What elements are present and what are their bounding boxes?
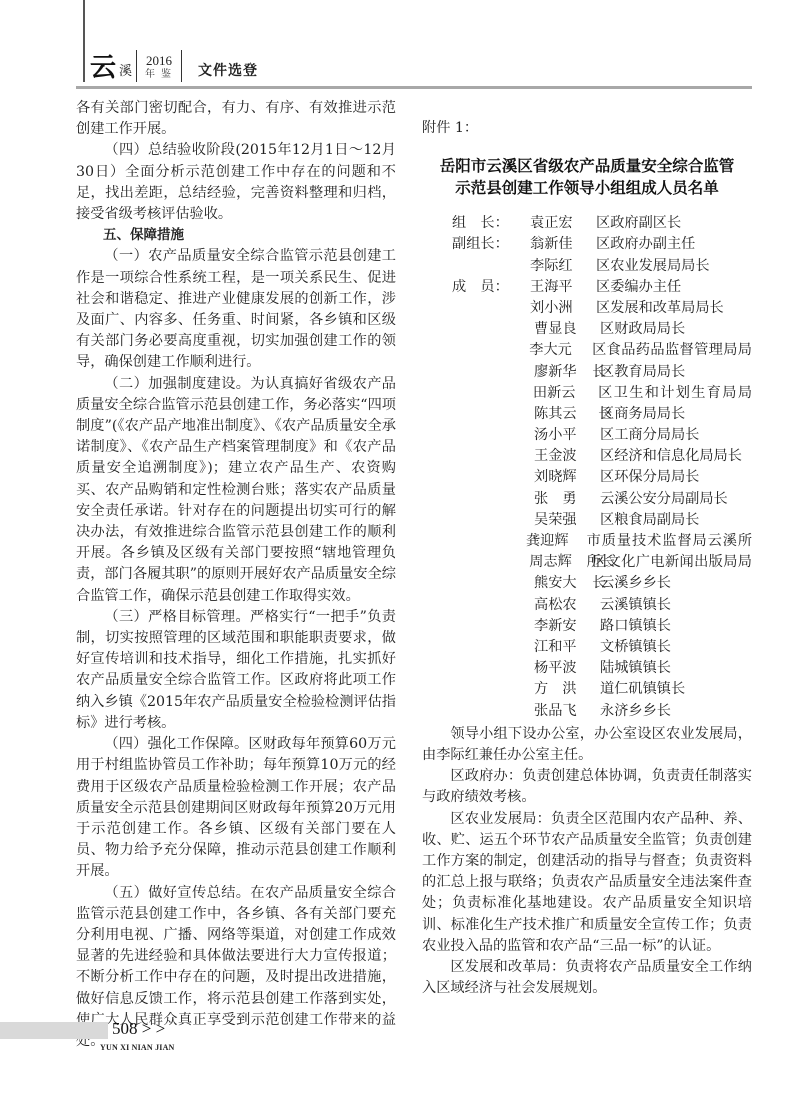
roster-row: 熊安大云溪乡乡长	[422, 573, 752, 594]
header-separator	[181, 50, 182, 82]
roster-position: 文桥镇镇长	[600, 637, 671, 658]
roster-row: 张 勇云溪公安分局副局长	[422, 489, 752, 510]
roster-name: 王金波	[534, 446, 586, 467]
roster-name: 杨平波	[534, 658, 586, 679]
body-paragraph: 各有关部门密切配合，有力、有序、有效推进示范创建工作开展。	[76, 98, 396, 140]
roster-name: 刘晓辉	[534, 467, 586, 488]
roster-role: 成 员：	[422, 277, 530, 298]
running-header: 云 溪 2016 年鉴 文件选登	[86, 48, 258, 82]
roster-position: 云溪公安分局副局长	[600, 489, 728, 510]
roster-row: 方 洪道仁矶镇镇长	[422, 679, 752, 700]
left-column: 各有关部门密切配合，有力、有序、有效推进示范创建工作开展。（四）总结验收阶段(2…	[76, 98, 396, 1052]
roster-role	[422, 340, 525, 361]
document-title-line-2: 示范县创建工作领导小组组成人员名单	[422, 177, 752, 199]
section-heading: 五、保障措施	[76, 225, 396, 246]
roster-position: 区政府办副主任	[596, 234, 695, 255]
roster-role	[422, 679, 530, 700]
roster-name: 袁正宏	[530, 213, 582, 234]
body-paragraph: 区发展和改革局：负责将农产品质量安全工作纳入区域经济与社会发展规划。	[422, 957, 752, 999]
roster-row: 廖新华区教育局局长	[422, 362, 752, 383]
roster-row: 李大元区食品药品监督管理局局长	[422, 340, 752, 361]
roster-position: 云溪乡乡长	[600, 573, 671, 594]
footer-bar	[0, 1022, 108, 1039]
yearbook-logo-char: 云	[90, 54, 116, 82]
roster-role	[422, 616, 530, 637]
roster-position: 区委编办主任	[596, 277, 681, 298]
roster-name: 方 洪	[534, 679, 586, 700]
roster-row: 龚迎辉市质量技术监督局云溪所所长	[422, 531, 752, 552]
roster-row: 张品飞永济乡乡长	[422, 701, 752, 722]
roster-name: 周志辉	[529, 552, 578, 573]
body-paragraph: （四）强化工作保障。区财政每年预算60万元用于村组监协管员工作补助；每年预算10…	[76, 734, 396, 882]
right-column: 附件 1： 岳阳市云溪区省级农产品质量安全综合监管 示范县创建工作领导小组组成人…	[422, 118, 752, 999]
footer-subtitle: YUN XI NIAN JIAN	[100, 1043, 175, 1053]
roster-position: 区财政局局长	[600, 319, 685, 340]
roster-name: 李新安	[534, 616, 586, 637]
roster-role	[422, 319, 530, 340]
roster-position: 路口镇镇长	[600, 616, 671, 637]
yearbook-logo-char-small: 溪	[119, 64, 132, 80]
year-box: 2016 年鉴	[141, 53, 177, 82]
body-paragraph: （四）总结验收阶段(2015年12月1日～12月30日）全面分析示范创建工作中存…	[76, 140, 396, 225]
roster-role	[422, 531, 522, 552]
roster-role	[422, 446, 530, 467]
roster-row: 曹显良区财政局局长	[422, 319, 752, 340]
roster-name: 熊安大	[534, 573, 586, 594]
roster-position: 区食品药品监督管理局局长	[592, 340, 752, 361]
roster-position: 云溪镇镇长	[600, 595, 671, 616]
roster-name: 李际红	[530, 256, 582, 277]
roster-name: 张品飞	[534, 701, 586, 722]
roster-row: 高松农云溪镇镇长	[422, 595, 752, 616]
roster-name: 刘小洲	[530, 298, 582, 319]
roster-row: 组 长：袁正宏区政府副区长	[422, 213, 752, 234]
body-paragraph: （三）严格目标管理。严格实行“一把手”负责制，切实按照管理的区域范围和职能职责要…	[76, 607, 396, 734]
roster-role	[422, 701, 530, 722]
roster-position: 区政府副区长	[596, 213, 681, 234]
roster-name: 汤小平	[534, 425, 586, 446]
roster-role: 副组长：	[422, 234, 530, 255]
roster-position: 区经济和信息化局局长	[600, 446, 742, 467]
body-paragraph: 领导小组下设办公室，办公室设区农业发展局，由李际红兼任办公室主任。	[422, 724, 752, 766]
roster-role	[422, 658, 530, 679]
roster-position: 永济乡乡长	[600, 701, 671, 722]
roster-position: 区卫生和计划生育局局长	[598, 383, 752, 404]
document-title: 岳阳市云溪区省级农产品质量安全综合监管 示范县创建工作领导小组组成人员名单	[422, 155, 752, 199]
roster-row: 李新安路口镇镇长	[422, 616, 752, 637]
roster-name: 廖新华	[534, 362, 586, 383]
roster-name: 吴荣强	[534, 510, 586, 531]
body-paragraph: 区农业发展局：负责全区范围内农产品种、养、收、贮、运五个环节农产品质量安全监管；…	[422, 809, 752, 957]
roster-role	[422, 637, 530, 658]
roster-row: 副组长：翁新佳区政府办副主任	[422, 234, 752, 255]
roster-name: 陈其云	[534, 404, 586, 425]
roster-name: 张 勇	[534, 489, 586, 510]
roster-position: 区工商分局局长	[600, 425, 699, 446]
roster-role	[422, 383, 529, 404]
roster-role	[422, 298, 530, 319]
roster-role	[422, 467, 530, 488]
header-separator	[136, 50, 137, 82]
roster-row: 李际红区农业发展局局长	[422, 256, 752, 277]
roster-row: 成 员：王海平区委编办主任	[422, 277, 752, 298]
roster-name: 龚迎辉	[526, 531, 573, 552]
roster-position: 区发展和改革局局长	[596, 298, 724, 319]
roster-row: 吴荣强区粮食局副局长	[422, 510, 752, 531]
roster-name: 曹显良	[534, 319, 586, 340]
roster-row: 汤小平区工商分局局长	[422, 425, 752, 446]
roster-role	[422, 595, 530, 616]
member-roster: 组 长：袁正宏区政府副区长副组长：翁新佳区政府办副主任李际红区农业发展局局长成 …	[422, 213, 752, 722]
roster-role: 组 长：	[422, 213, 530, 234]
page-number: 508 > >	[112, 1019, 165, 1039]
roster-position: 陆城镇镇长	[600, 658, 671, 679]
attachment-label: 附件 1：	[422, 118, 752, 139]
body-paragraph: （一）农产品质量安全综合监管示范县创建工作是一项综合性系统工程，是一项关系民生、…	[76, 246, 396, 373]
roster-name: 翁新佳	[530, 234, 582, 255]
roster-position: 区教育局局长	[600, 362, 685, 383]
yearbook-year: 2016	[146, 53, 172, 68]
document-title-line-1: 岳阳市云溪区省级农产品质量安全综合监管	[422, 155, 752, 177]
roster-role	[422, 362, 530, 383]
roster-position: 区粮食局副局长	[600, 510, 699, 531]
roster-role	[422, 256, 530, 277]
roster-row: 田新云区卫生和计划生育局局长	[422, 383, 752, 404]
roster-role	[422, 425, 530, 446]
roster-position: 道仁矶镇镇长	[600, 679, 685, 700]
roster-role	[422, 573, 530, 594]
roster-name: 王海平	[530, 277, 582, 298]
header-vertical-rule	[83, 0, 85, 82]
roster-role	[422, 552, 525, 573]
roster-row: 陈其云区商务局局长	[422, 404, 752, 425]
roster-position: 市质量技术监督局云溪所所长	[587, 531, 752, 552]
roster-row: 刘晓辉区环保分局局长	[422, 467, 752, 488]
roster-row: 杨平波陆城镇镇长	[422, 658, 752, 679]
roster-row: 刘小洲区发展和改革局局长	[422, 298, 752, 319]
roster-name: 李大元	[529, 340, 578, 361]
roster-position: 区文化广电新闻出版局局长	[592, 552, 752, 573]
roster-name: 江和平	[534, 637, 586, 658]
body-paragraph: （二）加强制度建设。为认真搞好省级农产品质量安全综合监管示范县创建工作，务必落实…	[76, 374, 396, 607]
roster-row: 王金波区经济和信息化局局长	[422, 446, 752, 467]
roster-name: 田新云	[533, 383, 584, 404]
roster-position: 区商务局局长	[600, 404, 685, 425]
body-paragraph: 区政府办：负责创建总体协调，负责责任制落实与政府绩效考核。	[422, 766, 752, 808]
roster-role	[422, 510, 530, 531]
roster-name: 高松农	[534, 595, 586, 616]
header-rule	[76, 86, 752, 89]
yearbook-label: 年鉴	[141, 68, 177, 82]
roster-position: 区环保分局局长	[600, 467, 699, 488]
roster-row: 江和平文桥镇镇长	[422, 637, 752, 658]
roster-position: 区农业发展局局长	[596, 256, 710, 277]
section-title: 文件选登	[198, 60, 258, 80]
responsibility-paragraphs: 领导小组下设办公室，办公室设区农业发展局，由李际红兼任办公室主任。区政府办：负责…	[422, 724, 752, 1000]
roster-role	[422, 404, 530, 425]
roster-role	[422, 489, 530, 510]
